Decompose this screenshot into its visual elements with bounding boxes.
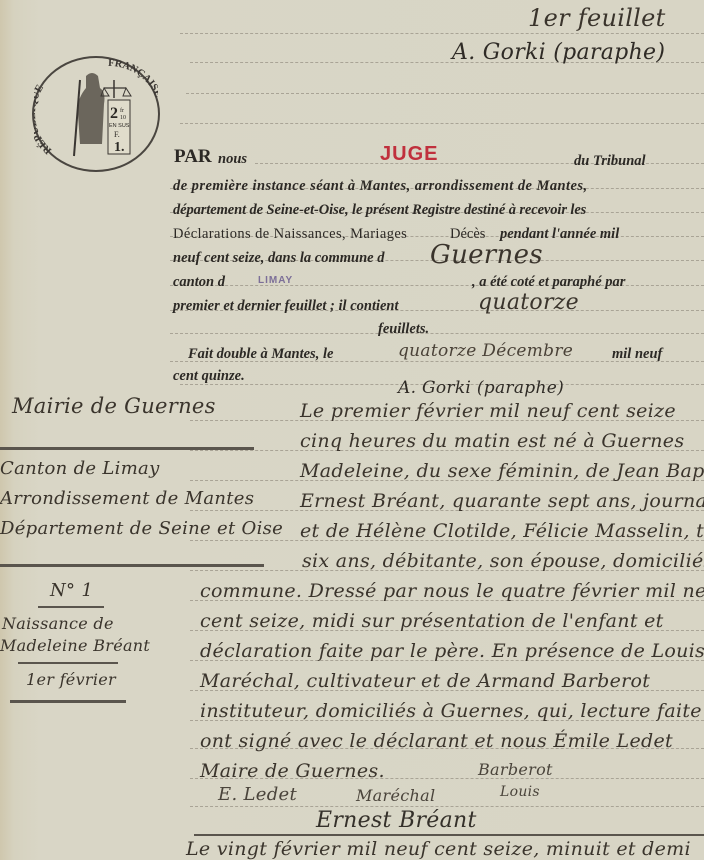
act-line: Madeleine, du sexe féminin, de Jean Bapt… — [300, 460, 704, 482]
margin-divider — [0, 447, 254, 450]
commune-handwritten: Guernes — [430, 240, 543, 270]
margin-divider — [18, 662, 118, 664]
cert-line7: premier et dernier feuillet ; il contien… — [173, 298, 399, 315]
act-number: N° 1 — [50, 580, 93, 601]
signature-ernest-breant: Ernest Bréant — [316, 808, 477, 833]
svg-text:RÉPUBLIQUE: RÉPUBLIQUE — [34, 83, 54, 156]
stamp-arc-right: FRANÇAISE — [108, 58, 158, 99]
margin-arrondissement: Arrondissement de Mantes — [0, 488, 254, 509]
ruled-line — [190, 806, 704, 807]
act-line: cent seize, midi sur présentation de l'e… — [200, 610, 664, 632]
signature-louis: Louis — [500, 784, 540, 800]
cert-nous: nous — [218, 151, 247, 168]
stamp-subtext: EN SUS — [109, 123, 130, 129]
margin-divider — [38, 606, 104, 608]
cert-line8: feuillets. — [378, 321, 429, 338]
act-line: commune. Dressé par nous le quatre févri… — [200, 580, 704, 602]
next-act-line: Le vingt février mil neuf cent seize, mi… — [186, 838, 691, 860]
act-line: déclaration faite par le père. En présen… — [200, 640, 704, 662]
ruled-line — [180, 33, 704, 34]
cert-line3: département de Seine-et-Oise, le présent… — [173, 202, 586, 219]
act-line: cinq heures du matin est né à Guernes — [300, 430, 684, 452]
margin-canton: Canton de Limay — [0, 458, 160, 479]
folio-note: 1er feuillet — [528, 4, 666, 32]
count-handwritten: quatorze — [478, 290, 579, 315]
margin-departement: Département de Seine et Oise — [0, 518, 283, 539]
cert-par: PAR — [174, 146, 212, 168]
act-type-line2: Madeleine Bréant — [0, 636, 150, 655]
cert-line9a: Fait double à Mantes, le — [188, 346, 333, 363]
signature-ledet: E. Ledet — [218, 784, 297, 805]
svg-text:1.: 1. — [114, 140, 125, 155]
svg-text:10: 10 — [120, 115, 126, 121]
margin-mairie: Mairie de Guernes — [12, 394, 216, 418]
act-line: Maire de Guernes. — [200, 760, 385, 782]
act-line: six ans, débitante, son épouse, domicili… — [302, 550, 704, 572]
svg-text:FRANÇAISE: FRANÇAISE — [108, 58, 158, 99]
cert-line9b: mil neuf — [612, 346, 662, 363]
date-handwritten: quatorze Décembre — [398, 341, 573, 361]
ruled-line — [186, 93, 704, 94]
juge-stamp: JUGE — [380, 143, 438, 166]
act-type-line1: Naissance de — [2, 614, 114, 633]
cert-line5: neuf cent seize, dans la commune d — [173, 250, 384, 267]
margin-divider — [0, 564, 264, 567]
cert-line10: cent quinze. — [173, 368, 245, 385]
signature-marechal: Maréchal — [356, 786, 435, 805]
act-line: Ernest Bréant, quarante sept ans, journa… — [300, 490, 704, 512]
paraph-signature: A. Gorki (paraphe) — [452, 40, 665, 65]
cert-line6a: canton d — [173, 274, 225, 291]
fiscal-stamp: RÉPUBLIQUE FRANÇAISE 2 fr 10 EN SUS F. 1… — [32, 56, 160, 172]
svg-text:F.: F. — [114, 130, 120, 139]
signature-barberot: Barberot — [478, 760, 553, 779]
canton-stamp: LIMAY — [258, 275, 293, 286]
stamp-arc-left: RÉPUBLIQUE — [34, 83, 54, 156]
svg-text:fr: fr — [120, 107, 124, 114]
marianne-justice-icon: RÉPUBLIQUE FRANÇAISE 2 fr 10 EN SUS F. 1… — [34, 58, 158, 170]
act-line: Maréchal, cultivateur et de Armand Barbe… — [200, 670, 650, 692]
act-line: instituteur, domiciliés à Guernes, qui, … — [200, 700, 702, 722]
cert-line2: de première instance séant à Mantes, arr… — [173, 178, 588, 195]
act-line: et de Hélène Clotilde, Félicie Masselin,… — [300, 520, 704, 542]
act-paraph: A. Gorki (paraphe) — [398, 378, 564, 398]
ruled-line — [170, 333, 704, 334]
act-line: Le premier février mil neuf cent seize — [300, 400, 676, 422]
cert-line4a: Déclarations de Naissances, Mariages — [173, 226, 407, 243]
act-line: ont signé avec le déclarant et nous Émil… — [200, 730, 673, 752]
svg-text:2: 2 — [110, 105, 118, 122]
register-page: 1er feuillet A. Gorki (paraphe) RÉPUBLIQ… — [0, 0, 704, 860]
ruled-line — [180, 123, 704, 124]
act-separator — [194, 834, 704, 836]
margin-divider — [10, 700, 126, 703]
cert-line6b: , a été coté et paraphé par — [472, 274, 625, 291]
cert-tribunal: du Tribunal — [574, 153, 646, 170]
act-date: 1er février — [26, 670, 116, 689]
